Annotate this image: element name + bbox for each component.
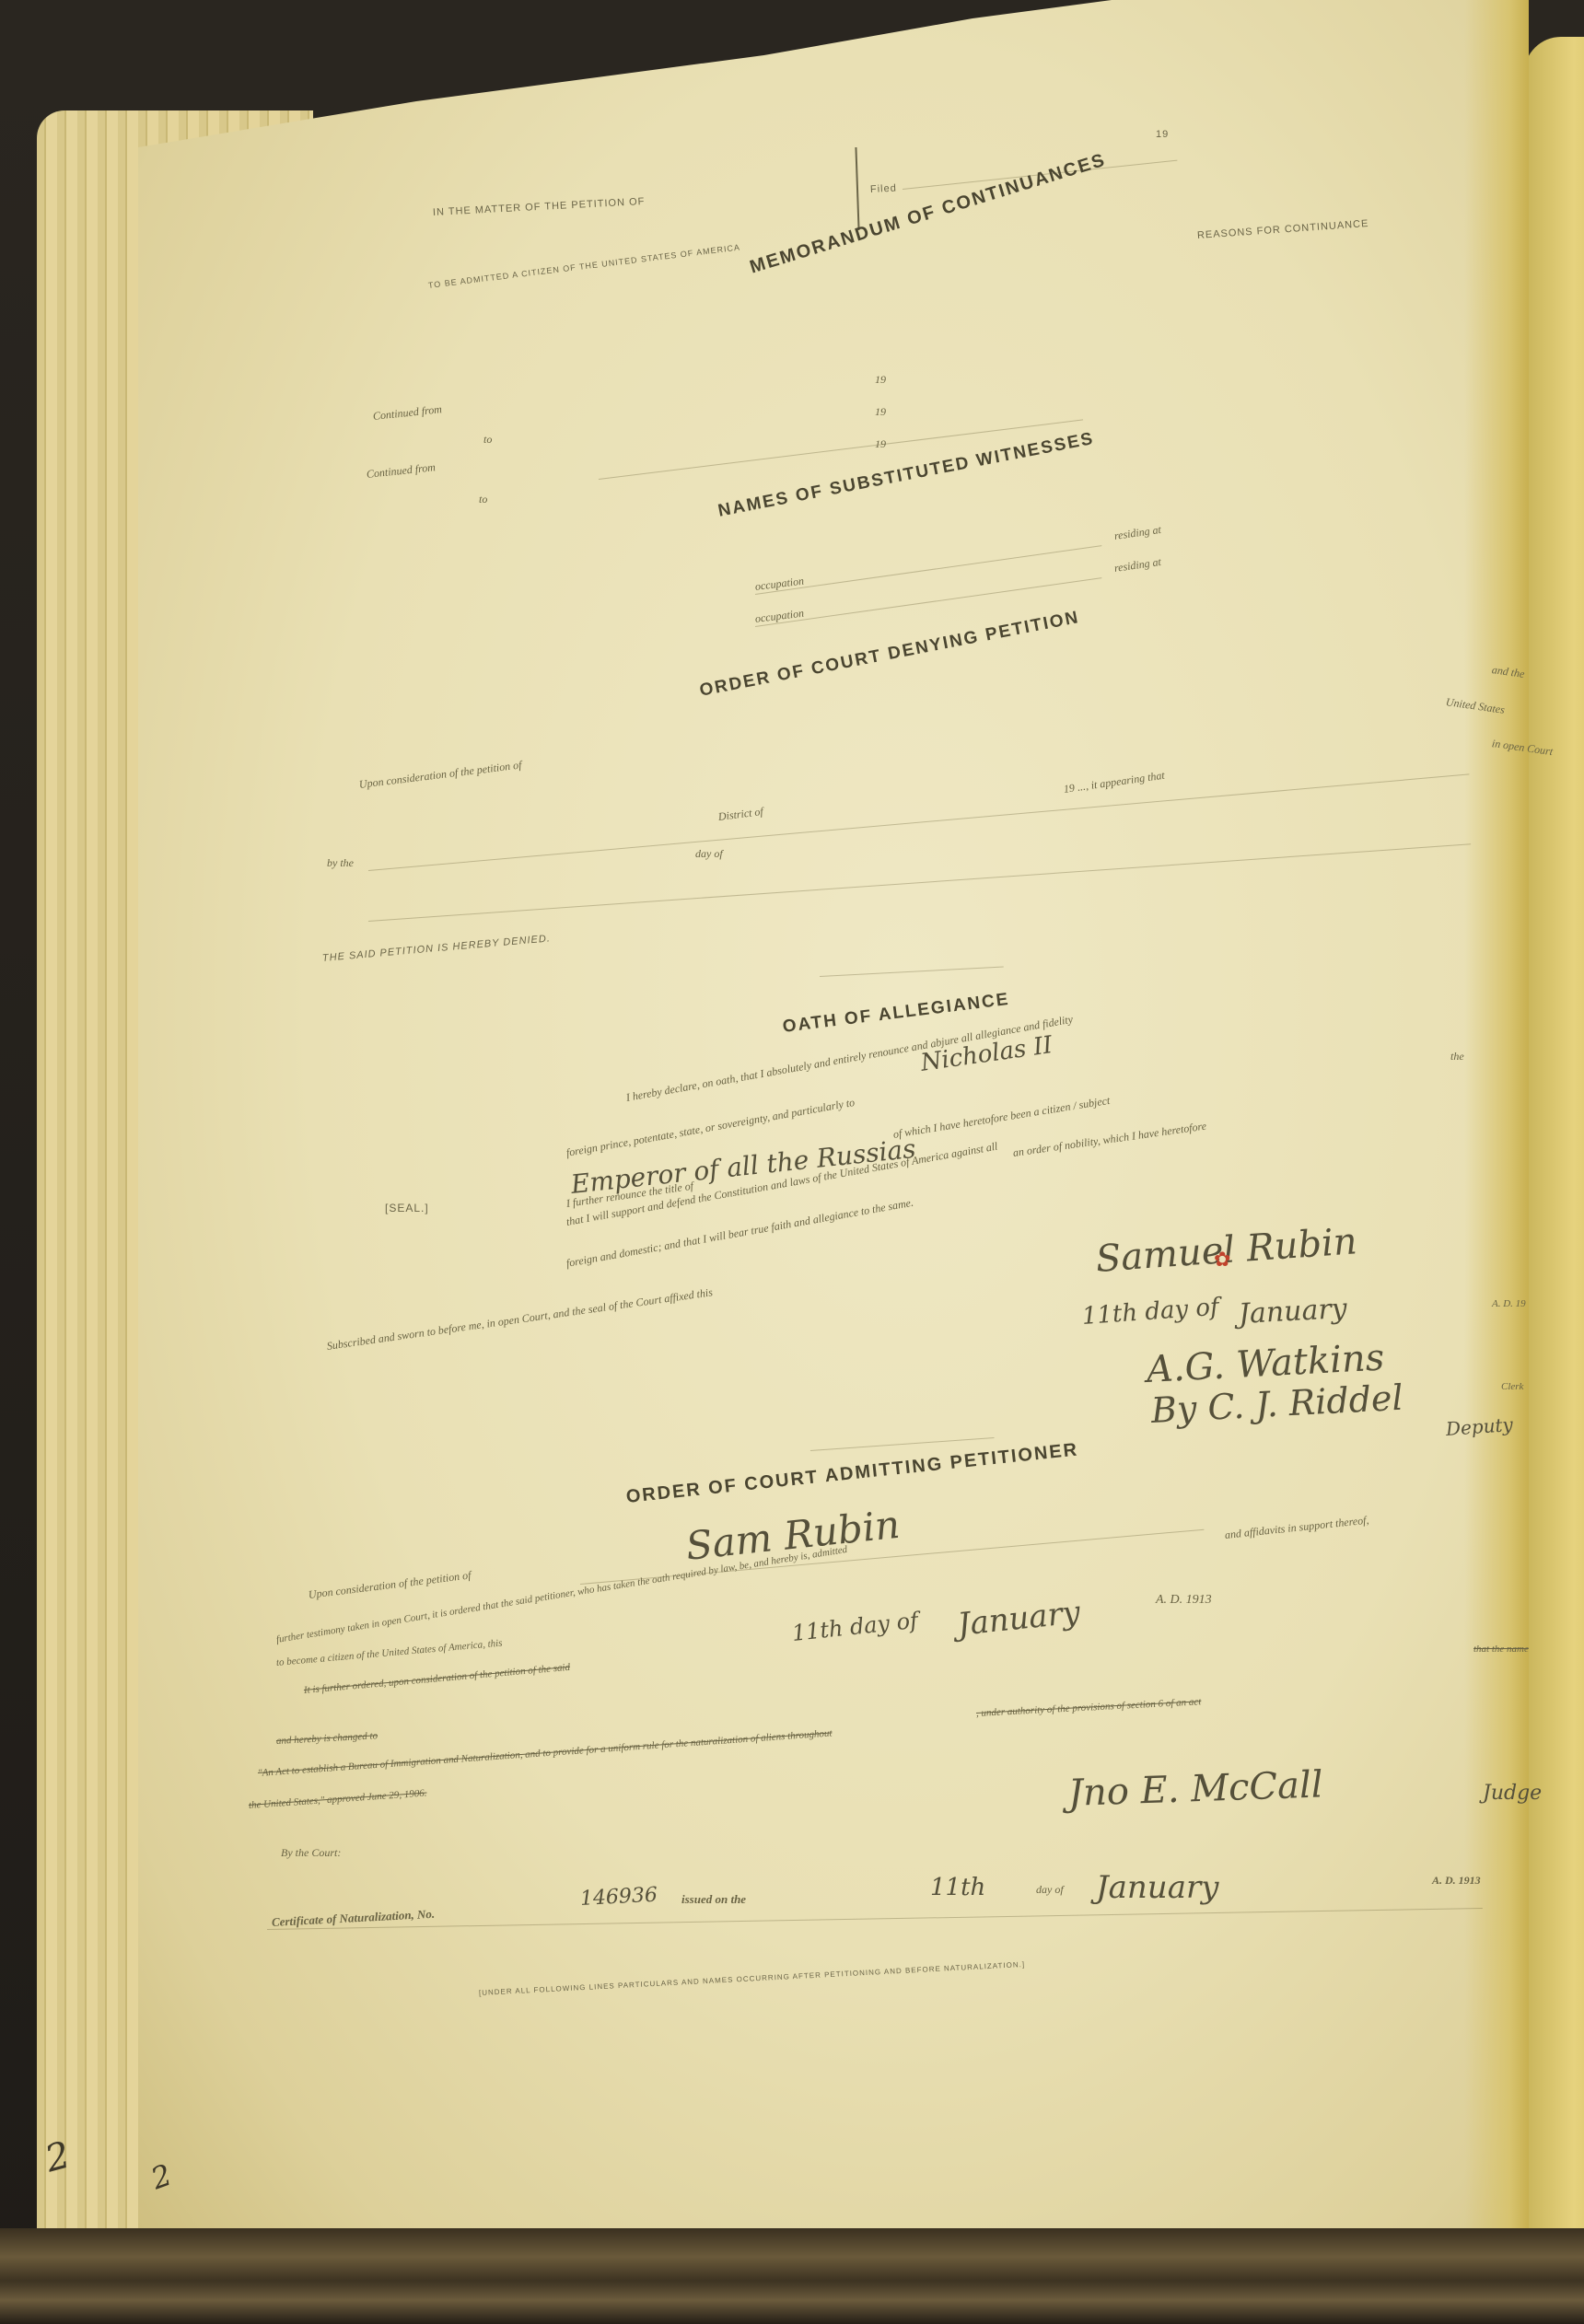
admission-line-4-end: that the name bbox=[1473, 1644, 1529, 1655]
certificate-line bbox=[267, 1908, 1483, 1930]
oath-line-2-end: the bbox=[1450, 1050, 1464, 1063]
witness-line-1 bbox=[755, 545, 1101, 595]
admission-line-1-end: and affidavits in support thereof, bbox=[1224, 1514, 1369, 1542]
admission-line-5-mid: , under authority of the provisions of s… bbox=[976, 1696, 1202, 1719]
certificate-number: 146936 bbox=[579, 1884, 658, 1911]
judge-title: Judge bbox=[1483, 1782, 1542, 1805]
admit-year: A. D. 1913 bbox=[1156, 1593, 1212, 1608]
subscribed-text: Subscribed and sworn to before me, in op… bbox=[326, 1285, 714, 1354]
book-bottom-edge bbox=[0, 2228, 1584, 2324]
admission-line-7: the United States," approved June 29, 19… bbox=[249, 1787, 427, 1810]
judge-signature: Jno E. McCall bbox=[1067, 1763, 1323, 1815]
footer-note: [UNDER ALL FOLLOWING LINES PARTICULARS A… bbox=[479, 1960, 1026, 1997]
sworn-day: 11th day of bbox=[1081, 1294, 1220, 1330]
denial-year-appearing: 19 ..., it appearing that bbox=[1063, 769, 1166, 796]
denial-divider bbox=[820, 967, 1004, 977]
denial-by-the: by the bbox=[327, 856, 354, 870]
residing-1: residing at bbox=[1113, 523, 1162, 543]
year-suffix: 19 bbox=[1156, 129, 1169, 140]
denial-line-1: Upon consideration of the petition of bbox=[358, 758, 522, 792]
memorandum-title: MEMORANDUM OF CONTINUANCES bbox=[748, 150, 1109, 279]
page-content: IN THE MATTER OF THE PETITION OF Filed 1… bbox=[0, 0, 1584, 2324]
red-seal-mark-icon: ✿ bbox=[1214, 1248, 1230, 1272]
denial-line-3-end: in open Court bbox=[1491, 737, 1554, 759]
seal-label: [SEAL.] bbox=[385, 1202, 429, 1214]
to-1: to bbox=[483, 433, 492, 447]
filed-label: Filed bbox=[870, 182, 897, 194]
clerk-title: Clerk bbox=[1501, 1381, 1523, 1392]
admission-note: TO BE ADMITTED A CITIZEN OF THE UNITED S… bbox=[427, 242, 740, 290]
admit-month: January bbox=[956, 1594, 1082, 1644]
denial-line-a bbox=[368, 773, 1470, 871]
deputy-title: Deputy bbox=[1445, 1413, 1513, 1440]
header-divider bbox=[855, 147, 859, 230]
denial-line-1-end: and the bbox=[1491, 663, 1525, 681]
issued-month: January bbox=[1096, 1869, 1218, 1906]
continued-from-1: Continued from bbox=[372, 402, 442, 424]
year-mark-2: 19 bbox=[875, 405, 886, 419]
oath-line-3: of which I have heretofore been a citize… bbox=[892, 1094, 1111, 1142]
by-court-label: By the Court: bbox=[281, 1846, 341, 1860]
issued-day-of: day of bbox=[1036, 1883, 1064, 1897]
admit-day: 11th day of bbox=[791, 1608, 920, 1646]
denial-line-2-end: United States bbox=[1445, 695, 1506, 717]
sworn-month: January bbox=[1238, 1293, 1347, 1330]
admission-line-4: It is further ordered, upon consideratio… bbox=[303, 1662, 570, 1696]
issued-label: issued on the bbox=[681, 1892, 746, 1907]
denial-district: District of bbox=[717, 805, 763, 824]
denial-conclusion: THE SAID PETITION IS HEREBY DENIED. bbox=[321, 933, 551, 964]
admission-line-3: to become a citizen of the United States… bbox=[275, 1638, 502, 1668]
margin-mark-1: 2 bbox=[41, 2133, 74, 2180]
matter-label: IN THE MATTER OF THE PETITION OF bbox=[433, 196, 646, 218]
to-2: to bbox=[479, 493, 487, 506]
oath-line-4-end: an order of nobility, which I have heret… bbox=[1012, 1120, 1207, 1160]
year-mark-1: 19 bbox=[875, 373, 886, 387]
reasons-label: REASONS FOR CONTINUANCE bbox=[1197, 218, 1369, 241]
denial-day-of: day of bbox=[695, 847, 723, 861]
continued-from-2: Continued from bbox=[366, 460, 436, 482]
margin-mark-2: 2 bbox=[146, 2157, 176, 2197]
issued-year: A. D. 1913 bbox=[1432, 1874, 1481, 1888]
residing-2: residing at bbox=[1113, 555, 1162, 575]
admission-line-5: and hereby is changed to bbox=[276, 1730, 379, 1747]
admission-line-1: Upon consideration of the petition of bbox=[308, 1568, 472, 1602]
admission-title: ORDER OF COURT ADMITTING PETITIONER bbox=[625, 1439, 1079, 1507]
witnesses-title: NAMES OF SUBSTITUTED WITNESSES bbox=[716, 429, 1096, 522]
oath-divider bbox=[810, 1437, 995, 1451]
sworn-era: A. D. 19 bbox=[1492, 1298, 1526, 1309]
issued-day: 11th bbox=[930, 1874, 985, 1901]
